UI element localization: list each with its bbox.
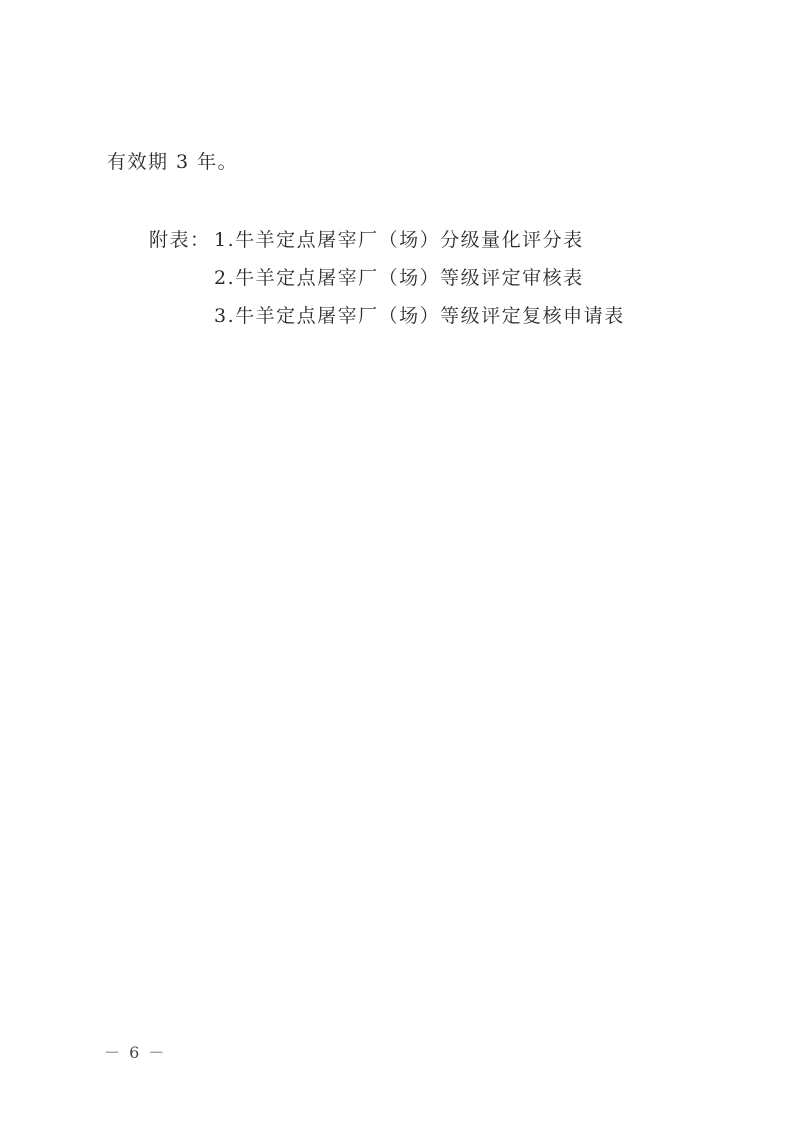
page-number: － 6 － <box>104 1043 166 1063</box>
paragraph-tail: 有效期 3 年。 <box>107 150 238 174</box>
appendix-label: 附表： <box>149 228 211 252</box>
appendix-item-3: 3.牛羊定点屠宰厂（场）等级评定复核申请表 <box>214 304 625 328</box>
document-page: 有效期 3 年。 附表： 1.牛羊定点屠宰厂（场）分级量化评分表 2.牛羊定点屠… <box>0 0 793 1122</box>
appendix-item-2: 2.牛羊定点屠宰厂（场）等级评定审核表 <box>214 266 584 290</box>
appendix-item-1: 1.牛羊定点屠宰厂（场）分级量化评分表 <box>214 228 584 252</box>
